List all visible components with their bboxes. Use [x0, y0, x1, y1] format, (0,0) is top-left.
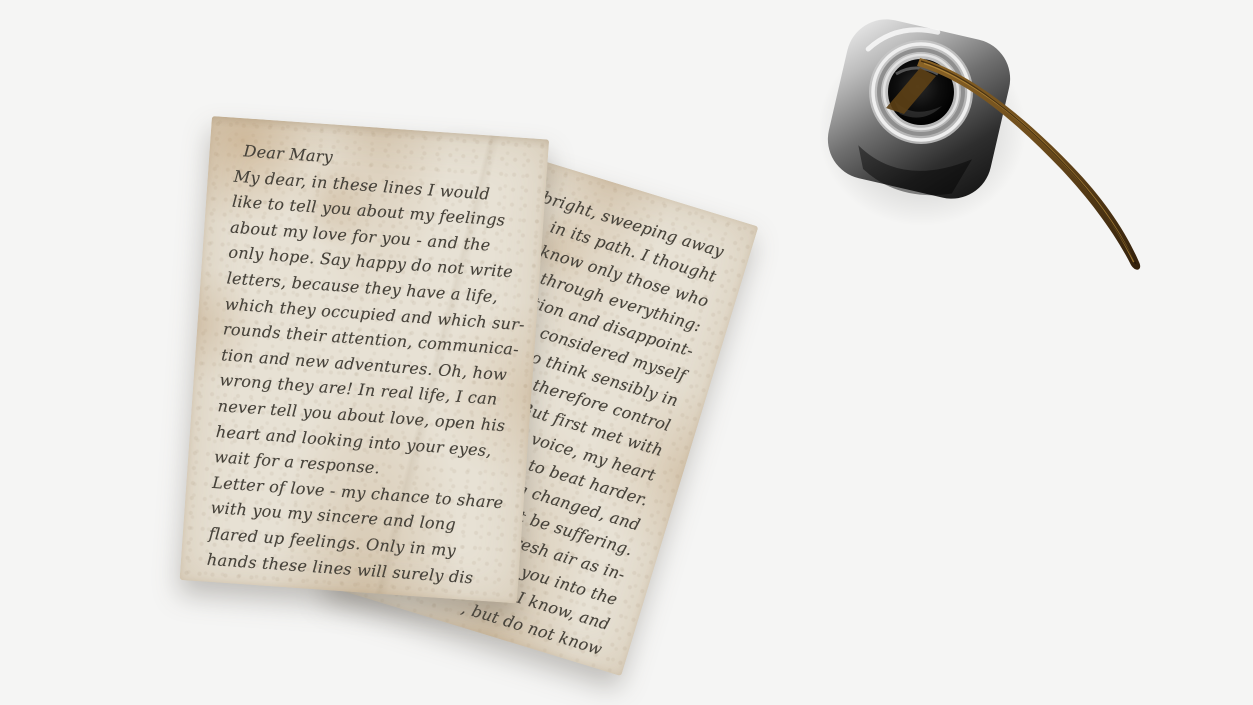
letter-page-1-text: Dear Mary My dear, in these lines I woul… — [180, 116, 550, 603]
scene: bright, sweeping away in its path. I tho… — [0, 0, 1253, 705]
inkwell-and-quill — [820, 8, 1160, 280]
letter-page-1: Dear Mary My dear, in these lines I woul… — [180, 116, 550, 603]
